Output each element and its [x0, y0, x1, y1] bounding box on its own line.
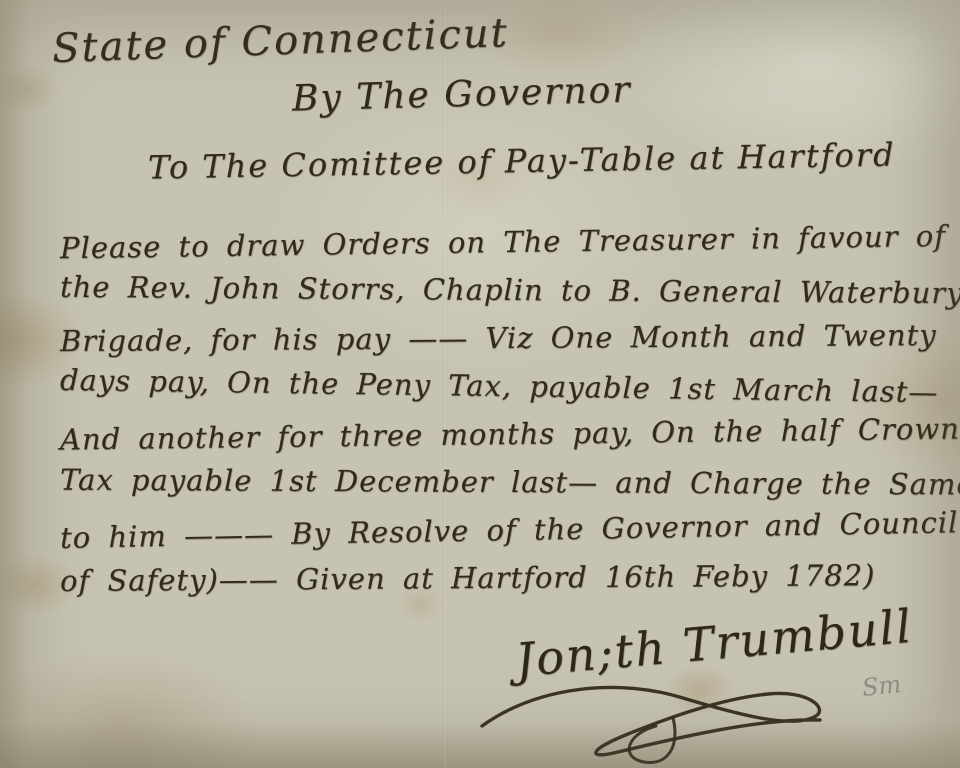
body-line: days pay, On the Peny Tax, payable 1st M… [60, 363, 939, 409]
signature: Jon;th Trumbull [513, 599, 915, 688]
body-line: of Safety)—— Given at Hartford 16th Feby… [60, 558, 876, 598]
body-line: to him ——— By Resolve of the Governor an… [60, 505, 959, 555]
body-line: And another for three months pay, On the… [60, 412, 960, 457]
heading-state: State of Connecticut [51, 10, 509, 72]
body-line: Tax payable 1st December last— and Charg… [60, 463, 960, 502]
body-line: the Rev. John Storrs, Chaplin to B. Gene… [60, 270, 960, 310]
salutation-line: To The Comittee of Pay-Table at Hartford [148, 135, 896, 186]
pencil-annotation: Sm [861, 670, 903, 702]
heading-by-the-governor: By The Governor [292, 70, 633, 120]
body-line: Brigade, for his pay —— Viz One Month an… [60, 318, 937, 358]
body-line: Please to draw Orders on The Treasurer i… [60, 219, 946, 265]
manuscript-page: State of Connecticut By The Governor To … [0, 0, 960, 768]
